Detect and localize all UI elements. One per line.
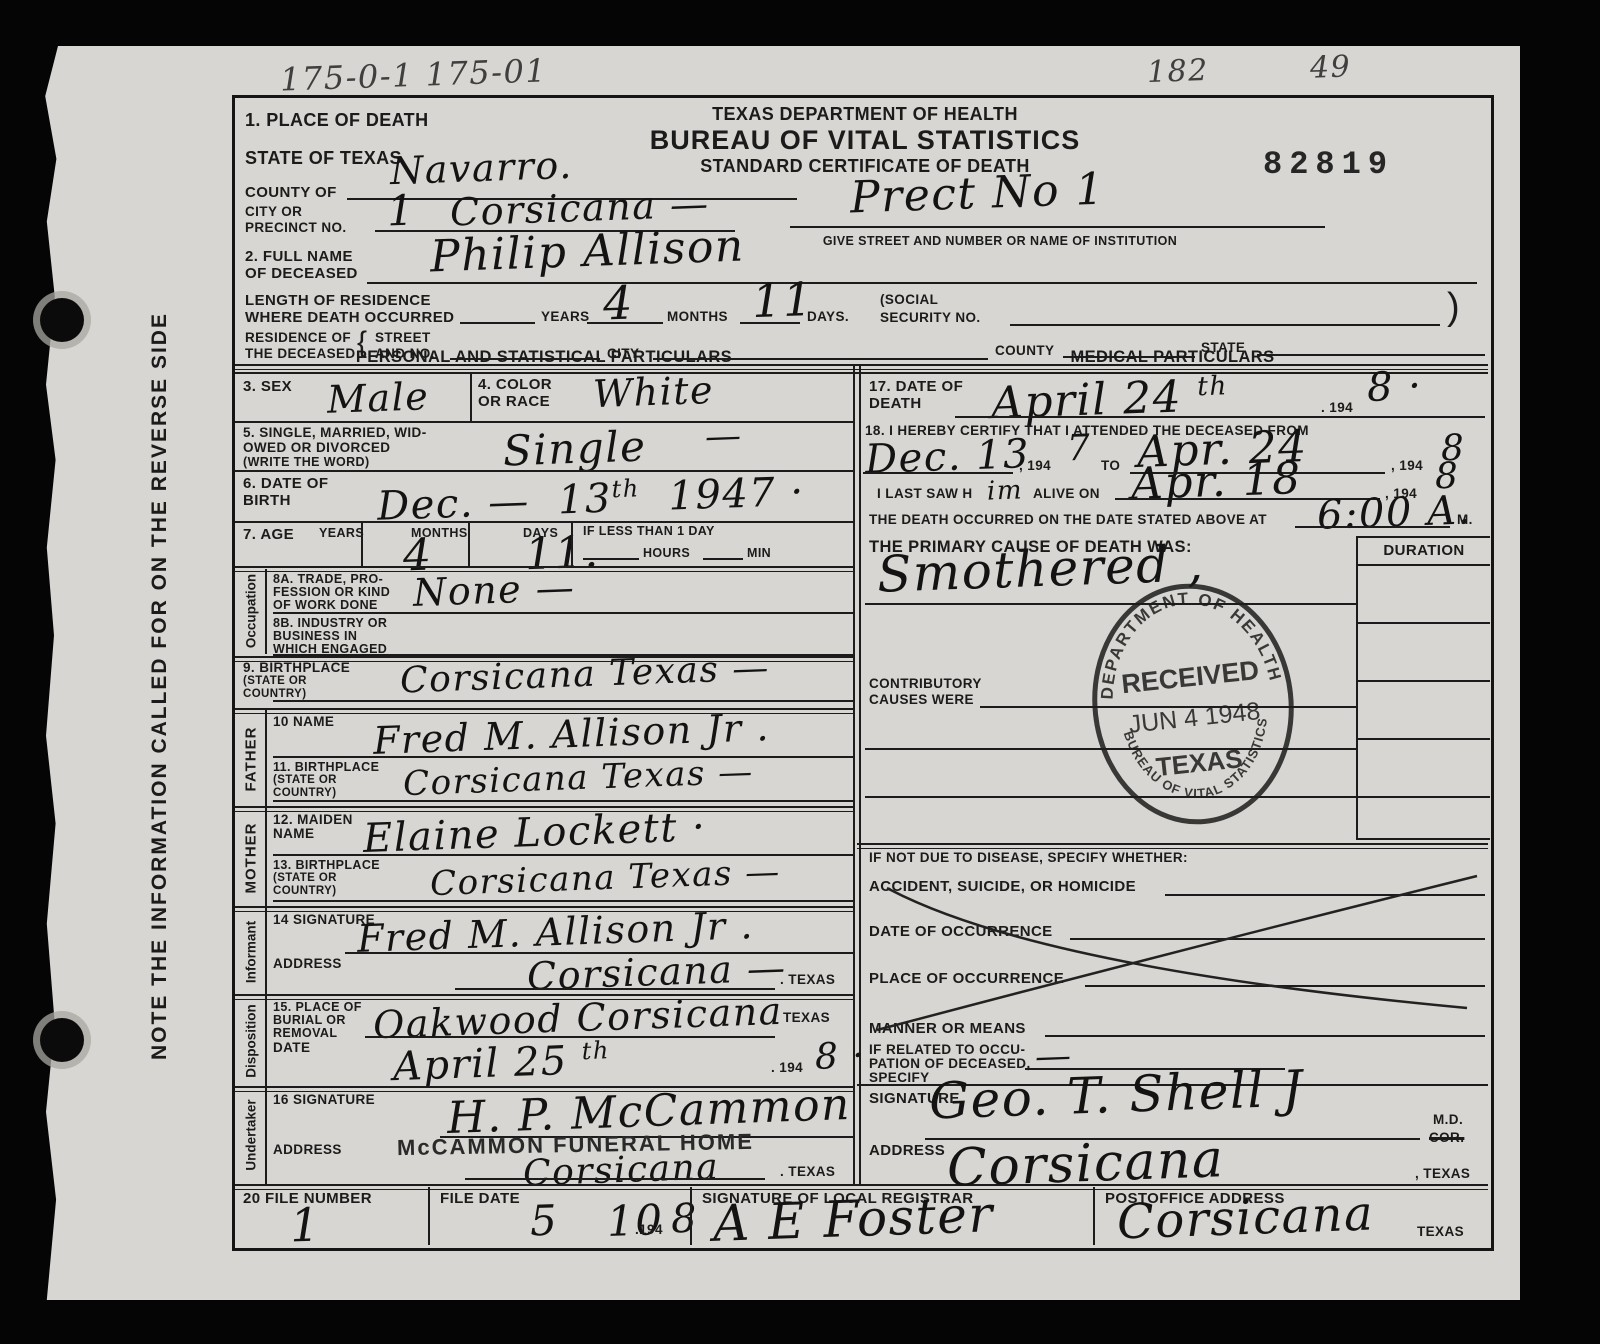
physician-addr-label: ADDRESS: [869, 1142, 945, 1159]
age-less-label: IF LESS THAN 1 DAY: [583, 524, 715, 538]
personal-section-title: PERSONAL AND STATISTICAL PARTICULARS: [235, 348, 853, 367]
pencil-number-left: 175-0-1 175-01: [279, 51, 547, 98]
trade-label-1: 8A. TRADE, PRO-: [273, 572, 383, 586]
marital-label-1: 5. SINGLE, MARRIED, WID-: [243, 425, 427, 440]
occupation-side-label: Occupation: [244, 574, 259, 648]
related-label-1: IF RELATED TO OCCU-: [869, 1042, 1025, 1057]
sex-value: Male: [326, 374, 430, 422]
file-date-year-hw: 8: [670, 1196, 699, 1243]
burial-label-2: BURIAL OR: [273, 1013, 346, 1027]
sex-label: 3. SEX: [243, 378, 292, 395]
age-years-label: YEARS: [319, 526, 364, 540]
mother-bp-label-1: 13. BIRTHPLACE: [273, 858, 380, 872]
pencil-number-right-b: 49: [1309, 49, 1351, 85]
header-line2: BUREAU OF VITAL STATISTICS: [515, 125, 1215, 156]
related-label-3: SPECIFY: [869, 1070, 930, 1085]
state-of-texas-label: STATE OF TEXAS: [245, 148, 402, 169]
precinct-value: Prect No 1: [849, 164, 1106, 224]
informant-side-label: Informant: [244, 921, 259, 983]
city-precinct-no: 1: [386, 186, 416, 236]
related-label-2: PATION OF DECEASED,: [869, 1056, 1031, 1071]
file-date-year-printed: .194: [635, 1222, 663, 1237]
certificate-form: 1. PLACE OF DEATH STATE OF TEXAS TEXAS D…: [232, 95, 1494, 1251]
marital-label-2: OWED OR DIVORCED: [243, 440, 390, 455]
undertaker-addr-label: ADDRESS: [273, 1142, 342, 1157]
dod-label-2: DEATH: [869, 395, 922, 412]
full-name-label-2: OF DECEASED: [245, 265, 358, 282]
dob-label-1: 6. DATE OF: [243, 475, 328, 492]
scanned-death-certificate: NOTE THE INFORMATION CALLED FOR ON THE R…: [0, 0, 1600, 1344]
postoffice-value: Corsicana: [1116, 1186, 1375, 1251]
physician-addr-state: , TEXAS: [1415, 1166, 1470, 1181]
age-hours-label: HOURS: [643, 546, 690, 560]
dod-year-hw: 8 ·: [1366, 363, 1423, 411]
torn-paper-edge: [42, 46, 58, 1300]
dob-label-2: BIRTH: [243, 492, 291, 509]
days-label: DAYS.: [807, 309, 849, 324]
full-name-value: Philip Allison: [429, 221, 745, 283]
industry-label-2: BUSINESS IN: [273, 629, 357, 643]
duration-label: DURATION: [1358, 542, 1490, 559]
trade-label-3: OF WORK DONE: [273, 598, 378, 612]
undertaker-addr-state: . TEXAS: [780, 1164, 835, 1179]
marital-label-3: (WRITE THE WORD): [243, 455, 370, 469]
birthplace-label-2: (STATE OR: [243, 675, 307, 687]
burial-label-3: REMOVAL: [273, 1026, 337, 1040]
street-no-label-1: STREET: [375, 330, 431, 345]
dod-label-1: 17. DATE OF: [869, 378, 963, 395]
ssn-close-paren: ): [1447, 286, 1460, 329]
punch-hole-top: [40, 298, 84, 342]
certify-to-label: TO: [1101, 458, 1120, 473]
informant-addr-state: . TEXAS: [780, 972, 835, 987]
received-stamp: DEPARTMENT OF HEALTH BUREAU OF VITAL STA…: [1077, 570, 1310, 838]
contrib-label-2: CAUSES WERE: [869, 692, 974, 707]
form-header: TEXAS DEPARTMENT OF HEALTH BUREAU OF VIT…: [515, 104, 1215, 177]
informant-addr-label: ADDRESS: [273, 956, 342, 971]
undertaker-sig-label: 16 SIGNATURE: [273, 1092, 375, 1107]
mother-bp-label-2: (STATE OR: [273, 872, 337, 884]
mother-bp-label-3: COUNTRY): [273, 885, 336, 897]
md-label: M.D.: [1433, 1112, 1463, 1127]
color-value: White: [592, 368, 714, 416]
burial-label-1: 15. PLACE OF: [273, 1000, 362, 1014]
trade-label-2: FESSION OR KIND: [273, 585, 390, 599]
pencil-number-right-a: 182: [1146, 53, 1209, 90]
ssn-label-2: SECURITY NO.: [880, 310, 981, 325]
dod-year-printed: . 194: [1321, 400, 1353, 415]
postoffice-state: TEXAS: [1417, 1224, 1464, 1239]
contrib-label-1: CONTRIBUTORY: [869, 676, 982, 691]
occurred-label: THE DEATH OCCURRED ON THE DATE STATED AB…: [869, 512, 1267, 527]
dod-value: April 24 th: [990, 370, 1229, 429]
street-caption: GIVE STREET AND NUMBER OR NAME OF INSTIT…: [765, 234, 1235, 248]
marital-dash: —: [704, 415, 743, 457]
lastsaw-label-2: ALIVE ON: [1033, 486, 1100, 501]
certify-to-year-printed: , 194: [1391, 458, 1423, 473]
residence-length-label-1: LENGTH OF RESIDENCE: [245, 292, 431, 309]
punch-hole-bottom: [40, 1018, 84, 1062]
residence-days-value: 11: [751, 272, 814, 328]
margin-note: NOTE THE INFORMATION CALLED FOR ON THE R…: [148, 312, 172, 1060]
city-label-1: CITY OR: [245, 204, 302, 219]
certify-from-year-printed: , 194: [1019, 458, 1051, 473]
certify-from-year-hw: 7: [1066, 428, 1092, 470]
certificate-paper: NOTE THE INFORMATION CALLED FOR ON THE R…: [42, 46, 1520, 1300]
father-bp-label-3: COUNTRY): [273, 787, 336, 799]
residence-length-label-2: WHERE DEATH OCCURRED: [245, 309, 454, 326]
birthplace-label-1: 9. BIRTHPLACE: [243, 660, 350, 675]
marital-value: Single: [502, 422, 647, 476]
burial-state: TEXAS: [783, 1010, 830, 1025]
lastsaw-value: Apr. 18: [1130, 453, 1302, 510]
city-label-2: PRECINCT NO.: [245, 220, 347, 235]
trade-value: None —: [412, 565, 576, 615]
mother-bp-value: Corsicana Texas —: [429, 852, 781, 904]
lastsaw-him-hw: im: [986, 475, 1023, 506]
mother-side-label: MOTHER: [243, 823, 260, 894]
residence-of-label-1: RESIDENCE OF: [245, 330, 351, 345]
place-of-death-label: 1. PLACE OF DEATH: [245, 110, 428, 131]
father-name-label: 10 NAME: [273, 714, 334, 729]
mother-maiden-label-2: NAME: [273, 826, 314, 841]
file-date-b: 10: [606, 1195, 664, 1246]
full-name-label-1: 2. FULL NAME: [245, 248, 353, 265]
county-value: Navarro.: [389, 143, 573, 193]
father-bp-label-2: (STATE OR: [273, 774, 337, 786]
father-bp-label-1: 11. BIRTHPLACE: [273, 760, 379, 774]
age-label: 7. AGE: [243, 526, 294, 543]
years-label: YEARS: [541, 309, 590, 324]
m-label: M.: [1457, 512, 1473, 527]
lastsaw-label-1: I LAST SAW H: [877, 486, 973, 501]
burial-date-label: DATE: [273, 1040, 310, 1055]
duration-box: DURATION: [1356, 536, 1490, 840]
ssn-label-1: (SOCIAL: [880, 292, 938, 307]
cross-out-x: [857, 858, 1488, 1043]
certificate-number: 82819: [1263, 146, 1394, 183]
age-min-label: MIN: [747, 546, 771, 560]
birthplace-label-3: COUNTRY): [243, 688, 306, 700]
disposition-side-label: Disposition: [244, 1004, 259, 1078]
burial-year-printed: . 194: [771, 1060, 803, 1075]
county-label: COUNTY OF: [245, 184, 337, 201]
father-side-label: FATHER: [243, 727, 260, 792]
mother-maiden-label-1: 12. MAIDEN: [273, 812, 353, 827]
months-label: MONTHS: [667, 309, 728, 324]
physician-sig-value: Geo. T. Shell J: [928, 1059, 1305, 1130]
header-line1: TEXAS DEPARTMENT OF HEALTH: [515, 104, 1215, 125]
color-label-2: OR RACE: [478, 393, 550, 410]
file-date-label: FILE DATE: [440, 1190, 520, 1207]
cor-label-struck: COR.: [1429, 1130, 1464, 1145]
stamp-date: JUN 4 1948: [1127, 697, 1261, 739]
physician-addr-value: Corsicana: [946, 1129, 1225, 1199]
file-number-value: 1: [289, 1197, 322, 1252]
color-label-1: 4. COLOR: [478, 376, 552, 393]
industry-label-1: 8B. INDUSTRY OR: [273, 616, 387, 630]
file-date-a: 5: [529, 1196, 559, 1246]
stamp-received: RECEIVED: [1120, 655, 1260, 699]
time-value: 6:00 A.: [1316, 487, 1472, 538]
undertaker-side-label: Undertaker: [244, 1099, 259, 1170]
burial-date-value: April 25 th: [392, 1036, 611, 1090]
